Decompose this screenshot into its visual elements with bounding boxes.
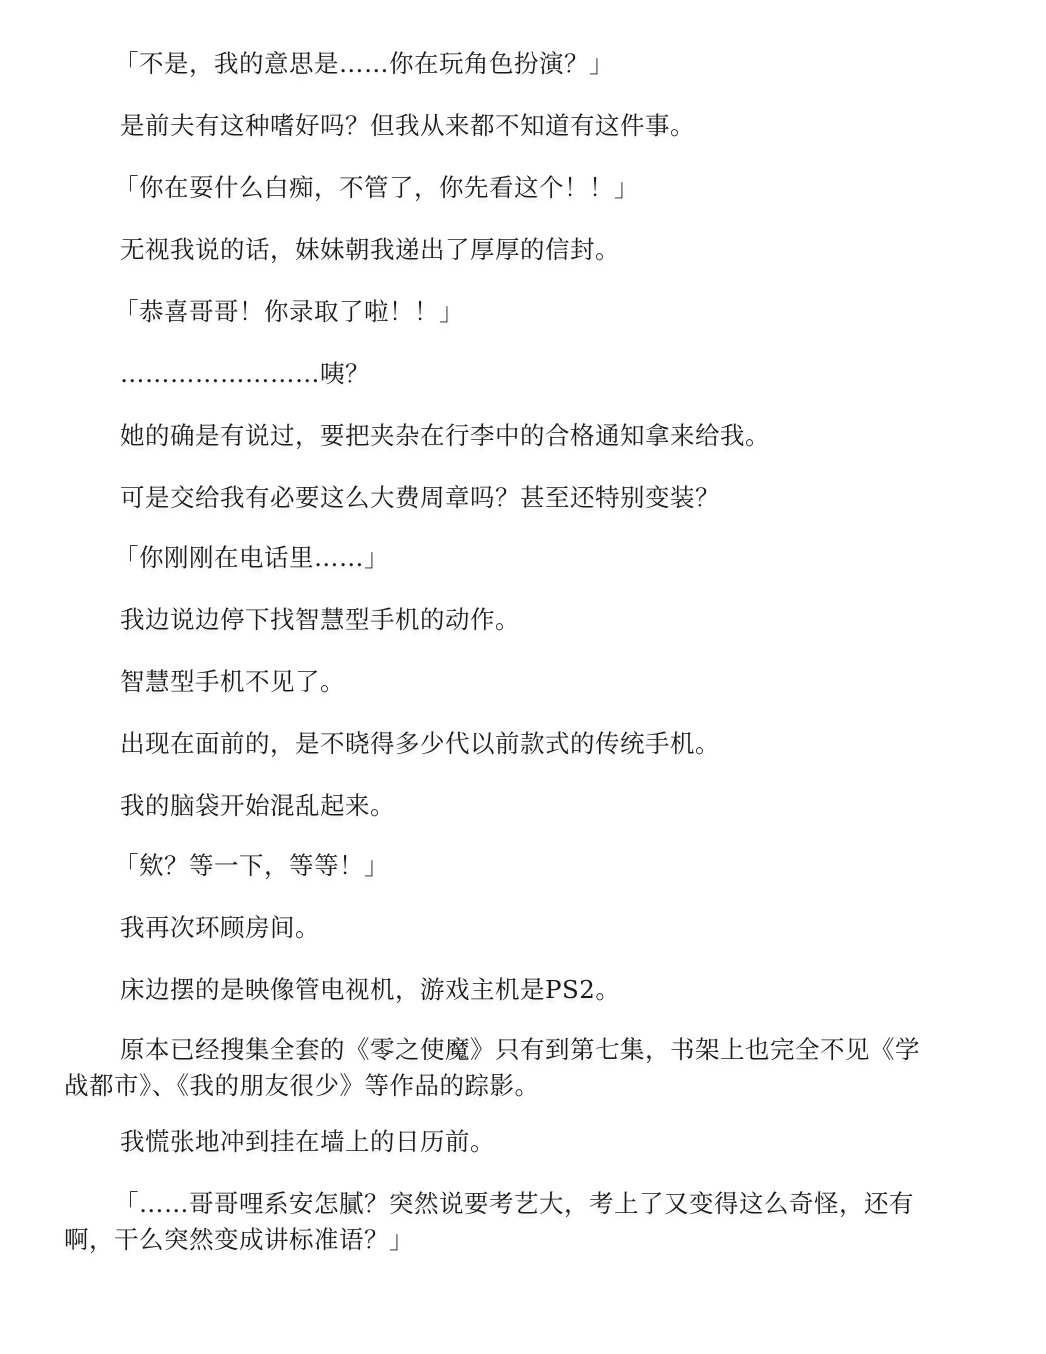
paragraph-dialogue: 「你在耍什么白痴，不管了，你先看这个！！」 [114, 170, 974, 206]
paragraph-line: 「……哥哥哩系安怎膩？突然说要考艺大，考上了又变得这么奇怪，还有 [114, 1186, 974, 1222]
paragraph-narration: ……………………咦？ [120, 356, 980, 392]
document-page: 「不是，我的意思是……你在玩角色扮演？」 是前夫有这种嗜好吗？但我从来都不知道有… [0, 0, 1046, 1354]
paragraph-dialogue: 「不是，我的意思是……你在玩角色扮演？」 [114, 46, 974, 82]
paragraph-narration: 我再次环顾房间。 [120, 910, 980, 946]
paragraph-dialogue-multiline: 「……哥哥哩系安怎膩？突然说要考艺大，考上了又变得这么奇怪，还有 啊，干么突然变… [114, 1186, 974, 1258]
paragraph-dialogue: 「欸？等一下，等等！」 [114, 848, 974, 884]
paragraph-narration: 是前夫有这种嗜好吗？但我从来都不知道有这件事。 [120, 108, 980, 144]
paragraph-narration: 我的脑袋开始混乱起来。 [120, 788, 980, 824]
paragraph-dialogue: 「恭喜哥哥！你录取了啦！！」 [114, 294, 974, 330]
paragraph-narration: 智慧型手机不见了。 [120, 664, 980, 700]
paragraph-narration: 出现在面前的，是不晓得多少代以前款式的传统手机。 [120, 726, 980, 762]
paragraph-narration: 我边说边停下找智慧型手机的动作。 [120, 602, 980, 638]
paragraph-narration: 她的确是有说过，要把夹杂在行李中的合格通知拿来给我。 [120, 418, 980, 454]
paragraph-narration: 可是交给我有必要这么大费周章吗？甚至还特别变装？ [120, 480, 980, 516]
paragraph-narration: 我慌张地冲到挂在墙上的日历前。 [120, 1124, 980, 1160]
paragraph-narration-multiline: 原本已经搜集全套的《零之使魔》只有到第七集，书架上也完全不见《学 战都市》、《我… [120, 1032, 980, 1104]
paragraph-dialogue: 「你刚刚在电话里……」 [114, 540, 974, 576]
paragraph-line: 啊，干么突然变成讲标准语？」 [64, 1222, 974, 1258]
paragraph-narration: 床边摆的是映像管电视机，游戏主机是PS2。 [120, 972, 980, 1008]
paragraph-line: 战都市》、《我的朋友很少》等作品的踪影。 [64, 1068, 980, 1104]
paragraph-narration: 无视我说的话，妹妹朝我递出了厚厚的信封。 [120, 232, 980, 268]
paragraph-line: 原本已经搜集全套的《零之使魔》只有到第七集，书架上也完全不见《学 [120, 1032, 980, 1068]
